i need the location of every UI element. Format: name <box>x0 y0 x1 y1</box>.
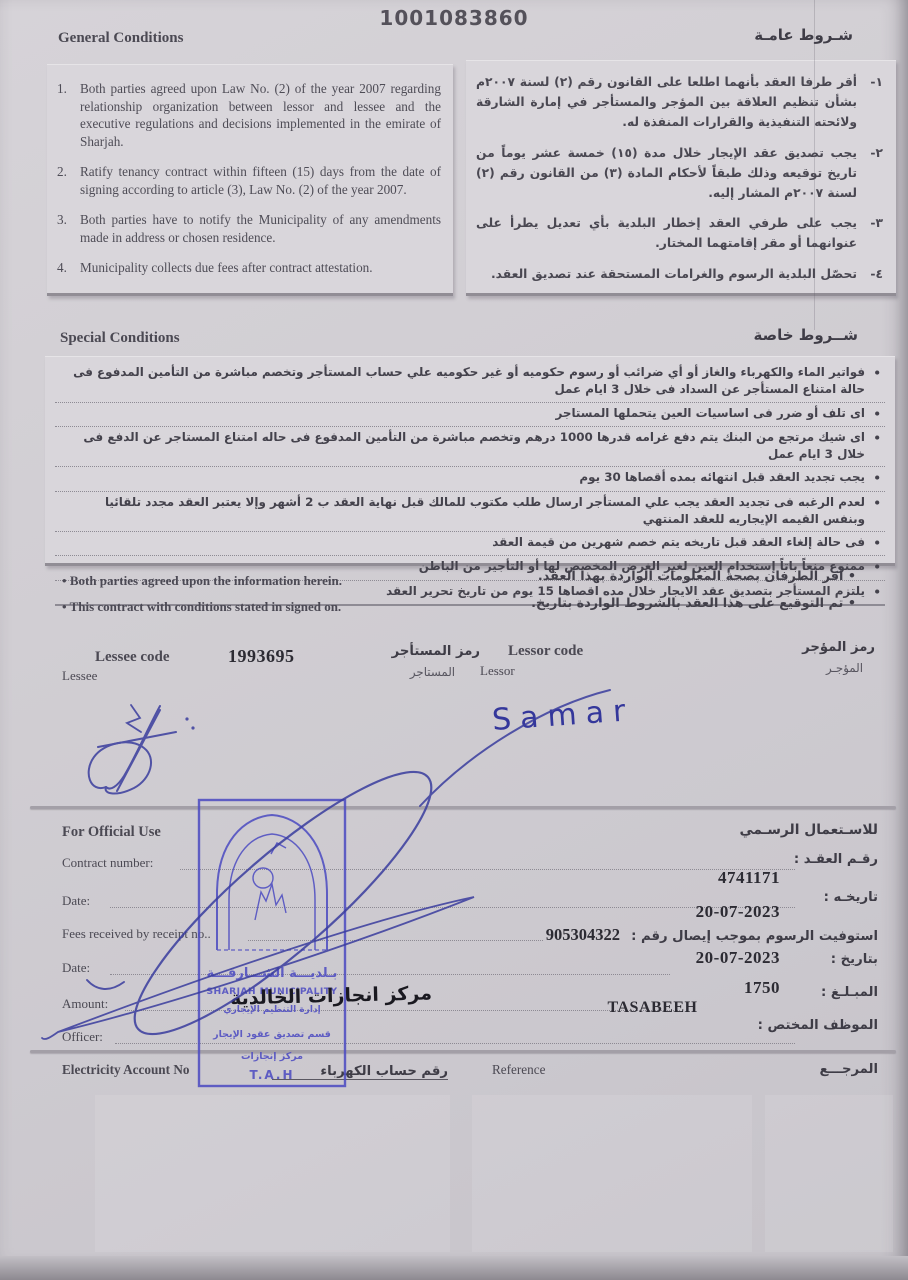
tenancy-contract-page: 1001083860 General Conditions شـروط عامـ… <box>0 0 908 1280</box>
pen-scribbles <box>0 0 908 1280</box>
